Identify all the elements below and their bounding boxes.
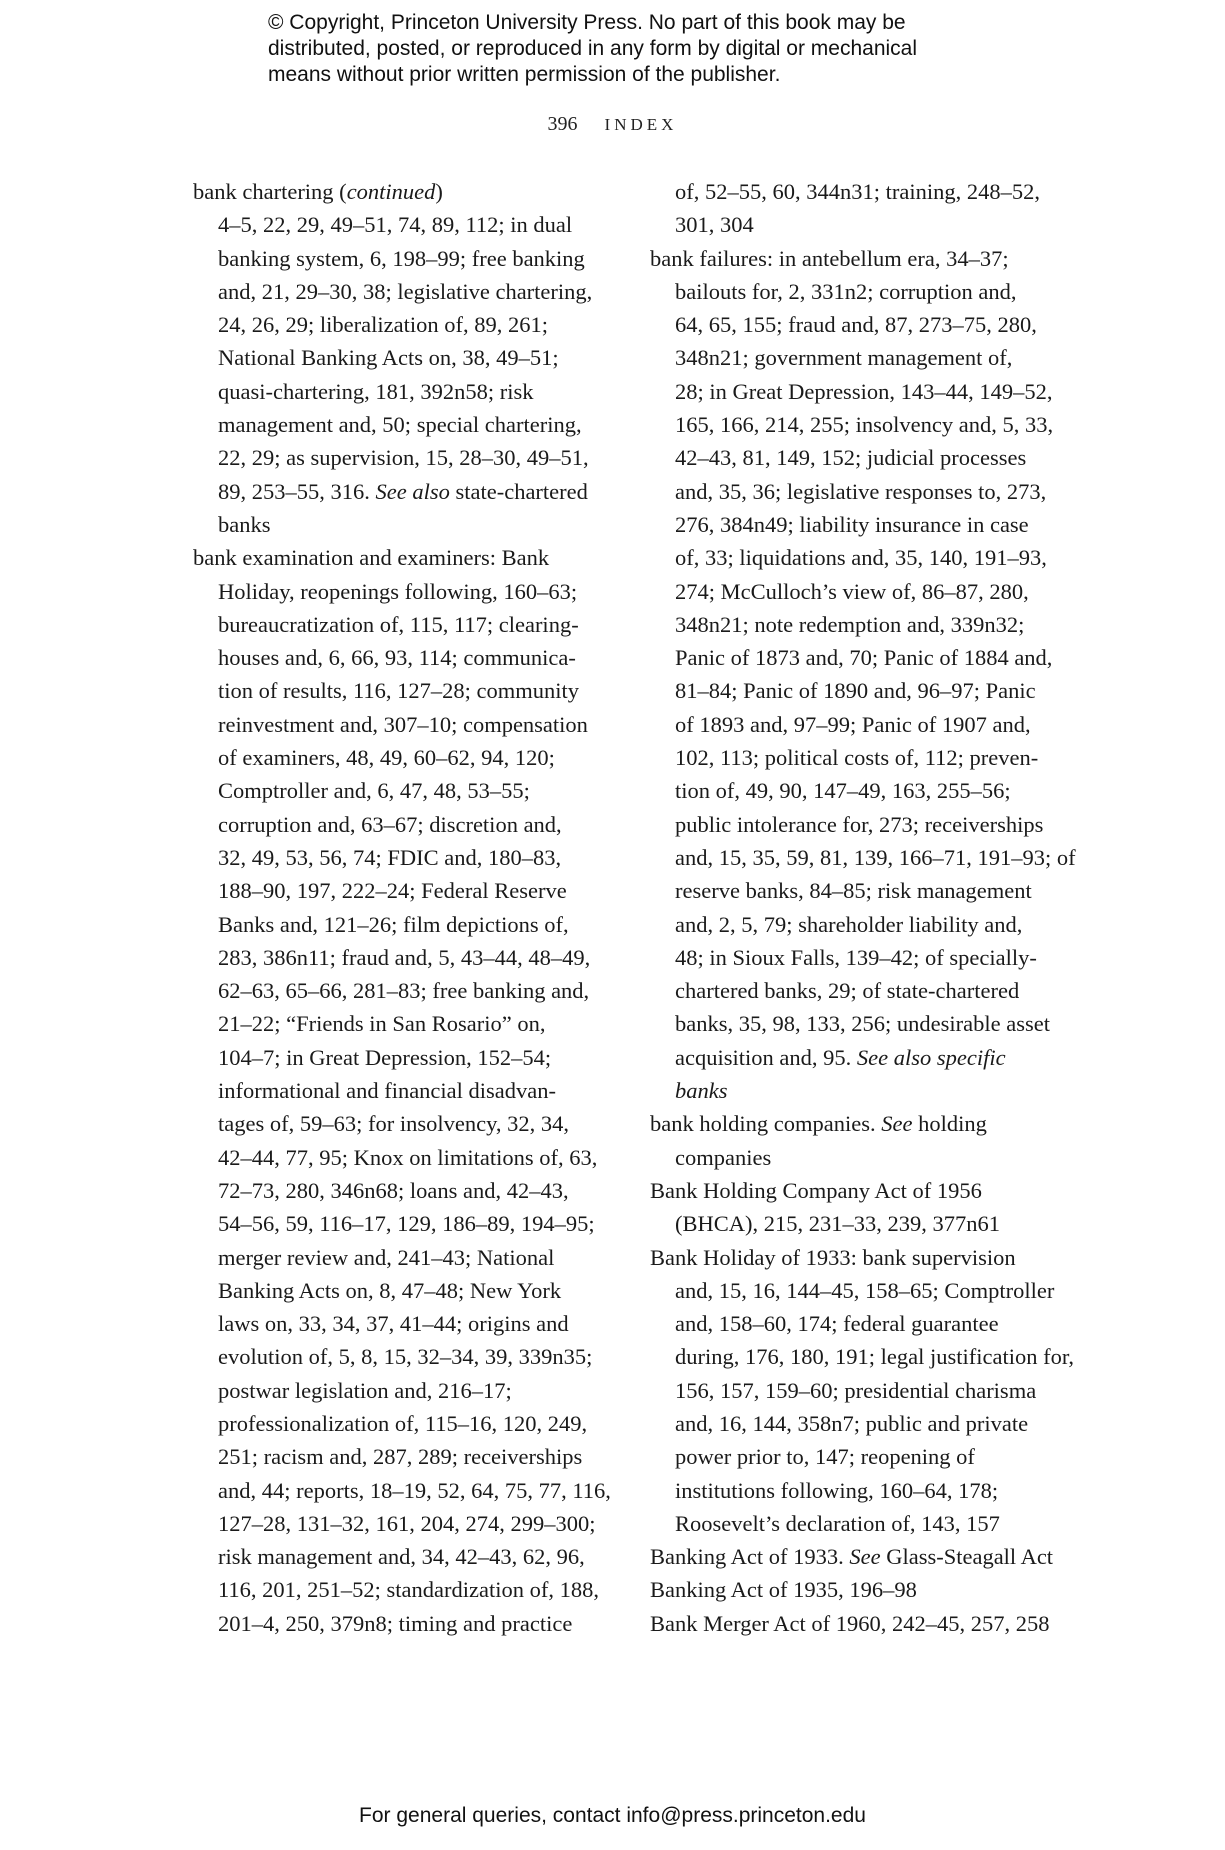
index-entry-continuation: public intolerance for, 273; receivershi…: [650, 808, 1080, 841]
text: informational and financial disadvan-: [218, 1078, 556, 1103]
text: 54–56, 59, 116–17, 129, 186–89, 194–95;: [218, 1211, 595, 1236]
index-entry-continuation: Comptroller and, 6, 47, 48, 53–55;: [193, 774, 613, 807]
text: 28; in Great Depression, 143–44, 149–52,: [675, 379, 1052, 404]
text: Glass-Steagall Act: [881, 1544, 1053, 1569]
text: Banking Act of 1935, 196–98: [650, 1577, 917, 1602]
text: Banks and, 121–26; film depictions of,: [218, 912, 569, 937]
index-entry-continuation: and, 44; reports, 18–19, 52, 64, 75, 77,…: [193, 1474, 613, 1507]
text: 48; in Sioux Falls, 139–42; of specially…: [675, 945, 1037, 970]
text: bank failures: in antebellum era, 34–37;: [650, 246, 1009, 271]
index-entry-continuation: reserve banks, 84–85; risk management: [650, 874, 1080, 907]
index-entry-continuation: banks, 35, 98, 133, 256; undesirable ass…: [650, 1007, 1080, 1040]
index-entry-heading: Bank Holiday of 1933: bank supervision: [650, 1241, 1080, 1274]
index-entry-continuation: 156, 157, 159–60; presidential charisma: [650, 1374, 1080, 1407]
text: holding: [912, 1111, 986, 1136]
index-entry-continuation: during, 176, 180, 191; legal justificati…: [650, 1340, 1080, 1373]
text: of examiners, 48, 49, 60–62, 94, 120;: [218, 745, 555, 770]
text: tion of results, 116, 127–28; community: [218, 678, 579, 703]
text: companies: [675, 1145, 771, 1170]
index-entry-continuation: chartered banks, 29; of state-chartered: [650, 974, 1080, 1007]
text: chartered banks, 29; of state-chartered: [675, 978, 1019, 1003]
index-entry-continuation: of, 52–55, 60, 344n31; training, 248–52,: [650, 175, 1080, 208]
index-entry-continuation: 104–7; in Great Depression, 152–54;: [193, 1041, 613, 1074]
text: 24, 26, 29; liberalization of, 89, 261;: [218, 312, 548, 337]
index-entry-continuation: professionalization of, 115–16, 120, 249…: [193, 1407, 613, 1440]
index-entry-continuation: postwar legislation and, 216–17;: [193, 1374, 613, 1407]
text: and, 15, 16, 144–45, 158–65; Comptroller: [675, 1278, 1054, 1303]
index-entry-continuation: (BHCA), 215, 231–33, 239, 377n61: [650, 1207, 1080, 1240]
index-entry-continuation: reinvestment and, 307–10; compensation: [193, 708, 613, 741]
text: and, 2, 5, 79; shareholder liability and…: [675, 912, 1022, 937]
text: 21–22; “Friends in San Rosario” on,: [218, 1011, 545, 1036]
text: and, 44; reports, 18–19, 52, 64, 75, 77,…: [218, 1478, 611, 1503]
text: corruption and, 63–67; discretion and,: [218, 812, 562, 837]
index-entry-continuation: 274; McCulloch’s view of, 86–87, 280,: [650, 575, 1080, 608]
index-entry-heading: bank chartering (continued): [193, 175, 613, 208]
index-entry-continuation: and, 21, 29–30, 38; legislative charteri…: [193, 275, 613, 308]
index-entry-continuation: 165, 166, 214, 255; insolvency and, 5, 3…: [650, 408, 1080, 441]
index-entry-continuation: 21–22; “Friends in San Rosario” on,: [193, 1007, 613, 1040]
index-entry-continuation: banking system, 6, 198–99; free banking: [193, 242, 613, 275]
text: Roosevelt’s declaration of, 143, 157: [675, 1511, 1000, 1536]
text: 348n21; government management of,: [675, 345, 1012, 370]
index-entry-heading: Bank Holding Company Act of 1956: [650, 1174, 1080, 1207]
text: 62–63, 65–66, 281–83; free banking and,: [218, 978, 589, 1003]
text: 102, 113; political costs of, 112; preve…: [675, 745, 1038, 770]
copyright-line: © Copyright, Princeton University Press.…: [268, 10, 1068, 36]
index-entry-continuation: acquisition and, 95. See also specific: [650, 1041, 1080, 1074]
text: 104–7; in Great Depression, 152–54;: [218, 1045, 551, 1070]
index-entry-heading: bank examination and examiners: Bank: [193, 541, 613, 574]
index-entry-continuation: houses and, 6, 66, 93, 114; communica-: [193, 641, 613, 674]
page-number: 396: [548, 113, 578, 135]
index-entry-continuation: 32, 49, 53, 56, 74; FDIC and, 180–83,: [193, 841, 613, 874]
index-entry-continuation: 276, 384n49; liability insurance in case: [650, 508, 1080, 541]
text: 4–5, 22, 29, 49–51, 74, 89, 112; in dual: [218, 212, 572, 237]
index-entry-continuation: 188–90, 197, 222–24; Federal Reserve: [193, 874, 613, 907]
text: Banking Act of 1933.: [650, 1544, 849, 1569]
index-entry-continuation: power prior to, 147; reopening of: [650, 1440, 1080, 1473]
text: 127–28, 131–32, 161, 204, 274, 299–300;: [218, 1511, 596, 1536]
text: institutions following, 160–64, 178;: [675, 1478, 998, 1503]
index-entry-continuation: 72–73, 280, 346n68; loans and, 42–43,: [193, 1174, 613, 1207]
italic-text: See also specific: [857, 1045, 1006, 1070]
text: bank holding companies.: [650, 1111, 881, 1136]
index-entry-continuation: Banks and, 121–26; film depictions of,: [193, 908, 613, 941]
index-entry-continuation: evolution of, 5, 8, 15, 32–34, 39, 339n3…: [193, 1340, 613, 1373]
index-entry-heading: bank failures: in antebellum era, 34–37;: [650, 242, 1080, 275]
text: 348n21; note redemption and, 339n32;: [675, 612, 1024, 637]
index-entry-continuation: 301, 304: [650, 208, 1080, 241]
index-entry-continuation: 348n21; government management of,: [650, 341, 1080, 374]
index-entry-continuation: tion of results, 116, 127–28; community: [193, 674, 613, 707]
text: 64, 65, 155; fraud and, 87, 273–75, 280,: [675, 312, 1037, 337]
copyright-notice: © Copyright, Princeton University Press.…: [268, 10, 1068, 88]
text: bank chartering (: [193, 179, 347, 204]
text: risk management and, 34, 42–43, 62, 96,: [218, 1544, 585, 1569]
text: reinvestment and, 307–10; compensation: [218, 712, 588, 737]
text: Panic of 1873 and, 70; Panic of 1884 and…: [675, 645, 1052, 670]
text: quasi-chartering, 181, 392n58; risk: [218, 379, 534, 404]
index-entry-continuation: tages of, 59–63; for insolvency, 32, 34,: [193, 1107, 613, 1140]
text: Bank Holiday of 1933: bank supervision: [650, 1245, 1016, 1270]
index-entry-continuation: 24, 26, 29; liberalization of, 89, 261;: [193, 308, 613, 341]
index-entry-continuation: corruption and, 63–67; discretion and,: [193, 808, 613, 841]
text: bailouts for, 2, 331n2; corruption and,: [675, 279, 1017, 304]
index-column-right: of, 52–55, 60, 344n31; training, 248–52,…: [650, 175, 1080, 1640]
index-entry-heading: Banking Act of 1933. See Glass-Steagall …: [650, 1540, 1080, 1573]
index-entry-continuation: 348n21; note redemption and, 339n32;: [650, 608, 1080, 641]
index-entry-continuation: 127–28, 131–32, 161, 204, 274, 299–300;: [193, 1507, 613, 1540]
copyright-line: distributed, posted, or reproduced in an…: [268, 36, 1068, 62]
text: 274; McCulloch’s view of, 86–87, 280,: [675, 579, 1029, 604]
text: 116, 201, 251–52; standardization of, 18…: [218, 1577, 599, 1602]
italic-text: banks: [675, 1078, 728, 1103]
text: of, 33; liquidations and, 35, 140, 191–9…: [675, 545, 1047, 570]
text: bureaucratization of, 115, 117; clearing…: [218, 612, 579, 637]
text: banks, 35, 98, 133, 256; undesirable ass…: [675, 1011, 1050, 1036]
index-entry-continuation: and, 15, 35, 59, 81, 139, 166–71, 191–93…: [650, 841, 1080, 874]
text: management and, 50; special chartering,: [218, 412, 582, 437]
index-entry-continuation: 251; racism and, 287, 289; receiverships: [193, 1440, 613, 1473]
text: 156, 157, 159–60; presidential charisma: [675, 1378, 1036, 1403]
index-entry-heading: Bank Merger Act of 1960, 242–45, 257, 25…: [650, 1607, 1080, 1640]
index-entry-continuation: Holiday, reopenings following, 160–63;: [193, 575, 613, 608]
text: 283, 386n11; fraud and, 5, 43–44, 48–49,: [218, 945, 590, 970]
index-entry-continuation: and, 2, 5, 79; shareholder liability and…: [650, 908, 1080, 941]
index-entry-continuation: and, 16, 144, 358n7; public and private: [650, 1407, 1080, 1440]
index-entry-heading: bank holding companies. See holding: [650, 1107, 1080, 1140]
index-entry-continuation: informational and financial disadvan-: [193, 1074, 613, 1107]
italic-text: See: [849, 1544, 880, 1569]
text: and, 21, 29–30, 38; legislative charteri…: [218, 279, 592, 304]
text: tion of, 49, 90, 147–49, 163, 255–56;: [675, 778, 1011, 803]
text: Bank Merger Act of 1960, 242–45, 257, 25…: [650, 1611, 1050, 1636]
text: and, 158–60, 174; federal guarantee: [675, 1311, 999, 1336]
index-entry-heading: Banking Act of 1935, 196–98: [650, 1573, 1080, 1606]
text: National Banking Acts on, 38, 49–51;: [218, 345, 559, 370]
index-entry-continuation: and, 158–60, 174; federal guarantee: [650, 1307, 1080, 1340]
text: laws on, 33, 34, 37, 41–44; origins and: [218, 1311, 569, 1336]
text: 301, 304: [675, 212, 754, 237]
text: bank examination and examiners: Bank: [193, 545, 549, 570]
text: 89, 253–55, 316.: [218, 479, 376, 504]
text: 42–44, 77, 95; Knox on limitations of, 6…: [218, 1145, 597, 1170]
text: banks: [218, 512, 271, 537]
text: 165, 166, 214, 255; insolvency and, 5, 3…: [675, 412, 1053, 437]
text: acquisition and, 95.: [675, 1045, 857, 1070]
text: Banking Acts on, 8, 47–48; New York: [218, 1278, 561, 1303]
text: ): [435, 179, 443, 204]
index-entry-continuation: banks: [650, 1074, 1080, 1107]
text: power prior to, 147; reopening of: [675, 1444, 975, 1469]
text: and, 15, 35, 59, 81, 139, 166–71, 191–93…: [675, 845, 1076, 870]
text: 32, 49, 53, 56, 74; FDIC and, 180–83,: [218, 845, 561, 870]
text: and, 16, 144, 358n7; public and private: [675, 1411, 1028, 1436]
contact-footer: For general queries, contact info@press.…: [0, 1804, 1225, 1828]
index-entry-continuation: 28; in Great Depression, 143–44, 149–52,: [650, 375, 1080, 408]
index-entry-continuation: of examiners, 48, 49, 60–62, 94, 120;: [193, 741, 613, 774]
italic-text: See also: [376, 479, 450, 504]
text: professionalization of, 115–16, 120, 249…: [218, 1411, 587, 1436]
index-entry-continuation: Banking Acts on, 8, 47–48; New York: [193, 1274, 613, 1307]
text: 276, 384n49; liability insurance in case: [675, 512, 1029, 537]
text: of 1893 and, 97–99; Panic of 1907 and,: [675, 712, 1031, 737]
index-entry-continuation: of 1893 and, 97–99; Panic of 1907 and,: [650, 708, 1080, 741]
index-entry-continuation: 64, 65, 155; fraud and, 87, 273–75, 280,: [650, 308, 1080, 341]
index-entry-continuation: 22, 29; as supervision, 15, 28–30, 49–51…: [193, 441, 613, 474]
text: merger review and, 241–43; National: [218, 1245, 554, 1270]
index-entry-continuation: 62–63, 65–66, 281–83; free banking and,: [193, 974, 613, 1007]
index-entry-continuation: 54–56, 59, 116–17, 129, 186–89, 194–95;: [193, 1207, 613, 1240]
italic-text: continued: [347, 179, 436, 204]
index-entry-continuation: tion of, 49, 90, 147–49, 163, 255–56;: [650, 774, 1080, 807]
index-entry-continuation: and, 35, 36; legislative responses to, 2…: [650, 475, 1080, 508]
index-entry-continuation: 81–84; Panic of 1890 and, 96–97; Panic: [650, 674, 1080, 707]
text: 188–90, 197, 222–24; Federal Reserve: [218, 878, 567, 903]
text: evolution of, 5, 8, 15, 32–34, 39, 339n3…: [218, 1344, 592, 1369]
index-entry-continuation: banks: [193, 508, 613, 541]
copyright-line: means without prior written permission o…: [268, 62, 1068, 88]
index-entry-continuation: merger review and, 241–43; National: [193, 1241, 613, 1274]
index-entry-continuation: of, 33; liquidations and, 35, 140, 191–9…: [650, 541, 1080, 574]
text: state-chartered: [450, 479, 588, 504]
index-entry-continuation: companies: [650, 1141, 1080, 1174]
index-entry-continuation: 283, 386n11; fraud and, 5, 43–44, 48–49,: [193, 941, 613, 974]
text: Bank Holding Company Act of 1956: [650, 1178, 982, 1203]
text: of, 52–55, 60, 344n31; training, 248–52,: [675, 179, 1040, 204]
italic-text: See: [881, 1111, 912, 1136]
text: postwar legislation and, 216–17;: [218, 1378, 512, 1403]
index-entry-continuation: laws on, 33, 34, 37, 41–44; origins and: [193, 1307, 613, 1340]
index-entry-continuation: 48; in Sioux Falls, 139–42; of specially…: [650, 941, 1080, 974]
index-entry-continuation: Roosevelt’s declaration of, 143, 157: [650, 1507, 1080, 1540]
text: Holiday, reopenings following, 160–63;: [218, 579, 577, 604]
text: public intolerance for, 273; receivershi…: [675, 812, 1043, 837]
index-entry-continuation: National Banking Acts on, 38, 49–51;: [193, 341, 613, 374]
text: tages of, 59–63; for insolvency, 32, 34,: [218, 1111, 569, 1136]
index-entry-continuation: bailouts for, 2, 331n2; corruption and,: [650, 275, 1080, 308]
text: 251; racism and, 287, 289; receiverships: [218, 1444, 582, 1469]
text: (BHCA), 215, 231–33, 239, 377n61: [675, 1211, 1000, 1236]
index-entry-continuation: 42–44, 77, 95; Knox on limitations of, 6…: [193, 1141, 613, 1174]
index-entry-continuation: institutions following, 160–64, 178;: [650, 1474, 1080, 1507]
text: 42–43, 81, 149, 152; judicial processes: [675, 445, 1026, 470]
text: 72–73, 280, 346n68; loans and, 42–43,: [218, 1178, 569, 1203]
text: banking system, 6, 198–99; free banking: [218, 246, 585, 271]
index-entry-continuation: risk management and, 34, 42–43, 62, 96,: [193, 1540, 613, 1573]
index-entry-continuation: 42–43, 81, 149, 152; judicial processes: [650, 441, 1080, 474]
text: and, 35, 36; legislative responses to, 2…: [675, 479, 1046, 504]
index-entry-continuation: 4–5, 22, 29, 49–51, 74, 89, 112; in dual: [193, 208, 613, 241]
running-head: 396 INDEX: [0, 113, 1225, 136]
text: during, 176, 180, 191; legal justificati…: [675, 1344, 1074, 1369]
index-entry-continuation: 89, 253–55, 316. See also state-chartere…: [193, 475, 613, 508]
index-entry-continuation: bureaucratization of, 115, 117; clearing…: [193, 608, 613, 641]
index-column-left: bank chartering (continued)4–5, 22, 29, …: [193, 175, 613, 1640]
index-entry-continuation: quasi-chartering, 181, 392n58; risk: [193, 375, 613, 408]
index-entry-continuation: management and, 50; special chartering,: [193, 408, 613, 441]
text: 81–84; Panic of 1890 and, 96–97; Panic: [675, 678, 1036, 703]
index-entry-continuation: Panic of 1873 and, 70; Panic of 1884 and…: [650, 641, 1080, 674]
text: Comptroller and, 6, 47, 48, 53–55;: [218, 778, 530, 803]
index-entry-continuation: 102, 113; political costs of, 112; preve…: [650, 741, 1080, 774]
text: 22, 29; as supervision, 15, 28–30, 49–51…: [218, 445, 589, 470]
text: reserve banks, 84–85; risk management: [675, 878, 1032, 903]
section-title: INDEX: [605, 115, 678, 134]
index-entry-continuation: and, 15, 16, 144–45, 158–65; Comptroller: [650, 1274, 1080, 1307]
index-entry-continuation: 201–4, 250, 379n8; timing and practice: [193, 1607, 613, 1640]
text: houses and, 6, 66, 93, 114; communica-: [218, 645, 576, 670]
index-entry-continuation: 116, 201, 251–52; standardization of, 18…: [193, 1573, 613, 1606]
text: 201–4, 250, 379n8; timing and practice: [218, 1611, 572, 1636]
